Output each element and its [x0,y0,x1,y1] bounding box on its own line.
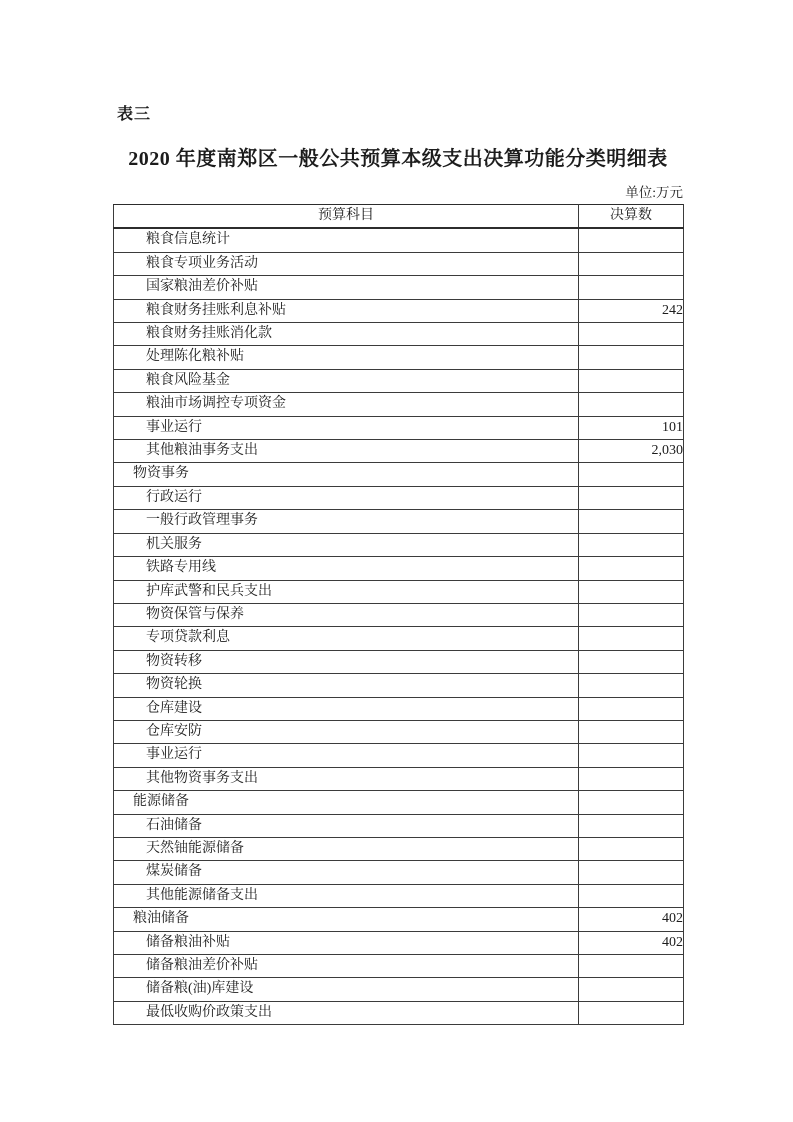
amount-cell [579,1001,684,1024]
amount-cell: 2,030 [579,440,684,463]
table-row: 仓库建设 [114,697,684,720]
table-row: 物资事务 [114,463,684,486]
amount-cell: 101 [579,416,684,439]
subject-cell: 粮食财务挂账消化款 [114,323,579,346]
amount-cell: 402 [579,908,684,931]
table-row: 能源储备 [114,791,684,814]
table-row: 处理陈化粮补贴 [114,346,684,369]
amount-cell [579,228,684,252]
amount-cell [579,884,684,907]
subject-cell: 物资轮换 [114,674,579,697]
table-body: 粮食信息统计 粮食专项业务活动 国家粮油差价补贴 粮食财务挂账利息补贴 242 … [114,228,684,1024]
subject-cell: 物资保管与保养 [114,603,579,626]
table-row: 其他能源储备支出 [114,884,684,907]
subject-cell: 铁路专用线 [114,557,579,580]
table-row: 一般行政管理事务 [114,510,684,533]
table-row: 煤炭储备 [114,861,684,884]
subject-cell: 粮食财务挂账利息补贴 [114,299,579,322]
subject-cell: 专项贷款利息 [114,627,579,650]
amount-cell [579,580,684,603]
amount-cell [579,323,684,346]
amount-cell [579,346,684,369]
table-row: 铁路专用线 [114,557,684,580]
subject-cell: 储备粮(油)库建设 [114,978,579,1001]
amount-cell [579,252,684,275]
subject-cell: 仓库建设 [114,697,579,720]
subject-cell: 物资转移 [114,650,579,673]
subject-cell: 国家粮油差价补贴 [114,276,579,299]
table-label: 表三 [117,101,151,124]
table-row: 储备粮油差价补贴 [114,955,684,978]
subject-cell: 能源储备 [114,791,579,814]
amount-cell [579,791,684,814]
unit-note: 单位:万元 [113,181,683,201]
subject-cell: 其他粮油事务支出 [114,440,579,463]
table-row: 最低收购价政策支出 [114,1001,684,1024]
subject-cell: 仓库安防 [114,720,579,743]
subject-cell: 储备粮油差价补贴 [114,955,579,978]
amount-cell [579,603,684,626]
table-row: 其他物资事务支出 [114,767,684,790]
amount-cell [579,393,684,416]
table-row: 国家粮油差价补贴 [114,276,684,299]
subject-cell: 粮油储备 [114,908,579,931]
table-row: 粮油市场调控专项资金 [114,393,684,416]
table-row: 天然铀能源储备 [114,837,684,860]
subject-cell: 粮食专项业务活动 [114,252,579,275]
page-title: 2020 年度南郑区一般公共预算本级支出决算功能分类明细表 [83,142,713,171]
subject-cell: 处理陈化粮补贴 [114,346,579,369]
table-row: 粮食财务挂账利息补贴 242 [114,299,684,322]
amount-cell [579,767,684,790]
table-row: 事业运行 [114,744,684,767]
subject-cell: 粮油市场调控专项资金 [114,393,579,416]
amount-cell [579,814,684,837]
subject-cell: 护库武警和民兵支出 [114,580,579,603]
document-page: 表三 2020 年度南郑区一般公共预算本级支出决算功能分类明细表 单位:万元 预… [0,0,793,1122]
table-row: 行政运行 [114,486,684,509]
table-row: 储备粮(油)库建设 [114,978,684,1001]
amount-cell: 402 [579,931,684,954]
amount-cell [579,861,684,884]
subject-cell: 机关服务 [114,533,579,556]
subject-cell: 其他物资事务支出 [114,767,579,790]
amount-cell [579,697,684,720]
table-row: 物资保管与保养 [114,603,684,626]
subject-cell: 最低收购价政策支出 [114,1001,579,1024]
amount-cell [579,744,684,767]
column-header-amount: 决算数 [579,205,684,229]
subject-cell: 事业运行 [114,744,579,767]
table-row: 机关服务 [114,533,684,556]
column-header-subject: 预算科目 [114,205,579,229]
subject-cell: 天然铀能源储备 [114,837,579,860]
table-row: 粮食财务挂账消化款 [114,323,684,346]
amount-cell [579,650,684,673]
subject-cell: 行政运行 [114,486,579,509]
amount-cell [579,627,684,650]
table-row: 护库武警和民兵支出 [114,580,684,603]
subject-cell: 煤炭储备 [114,861,579,884]
subject-cell: 物资事务 [114,463,579,486]
amount-cell [579,978,684,1001]
table-row: 粮食专项业务活动 [114,252,684,275]
amount-cell [579,369,684,392]
table-row: 仓库安防 [114,720,684,743]
subject-cell: 石油储备 [114,814,579,837]
amount-cell [579,510,684,533]
subject-cell: 粮食风险基金 [114,369,579,392]
amount-cell [579,533,684,556]
amount-cell [579,557,684,580]
table-row: 事业运行 101 [114,416,684,439]
table-row: 储备粮油补贴 402 [114,931,684,954]
budget-table: 预算科目 决算数 粮食信息统计 粮食专项业务活动 国家粮油差价补贴 粮食财务挂账… [113,204,684,1025]
amount-cell [579,276,684,299]
amount-cell [579,486,684,509]
table-row: 粮食信息统计 [114,228,684,252]
subject-cell: 粮食信息统计 [114,228,579,252]
subject-cell: 一般行政管理事务 [114,510,579,533]
table-row: 物资转移 [114,650,684,673]
table-row: 石油储备 [114,814,684,837]
table-row: 物资轮换 [114,674,684,697]
table-row: 粮油储备 402 [114,908,684,931]
table-row: 专项贷款利息 [114,627,684,650]
amount-cell: 242 [579,299,684,322]
table-row: 其他粮油事务支出 2,030 [114,440,684,463]
table-row: 粮食风险基金 [114,369,684,392]
subject-cell: 其他能源储备支出 [114,884,579,907]
table-header-row: 预算科目 决算数 [114,205,684,229]
amount-cell [579,674,684,697]
amount-cell [579,463,684,486]
amount-cell [579,955,684,978]
amount-cell [579,720,684,743]
amount-cell [579,837,684,860]
subject-cell: 储备粮油补贴 [114,931,579,954]
subject-cell: 事业运行 [114,416,579,439]
